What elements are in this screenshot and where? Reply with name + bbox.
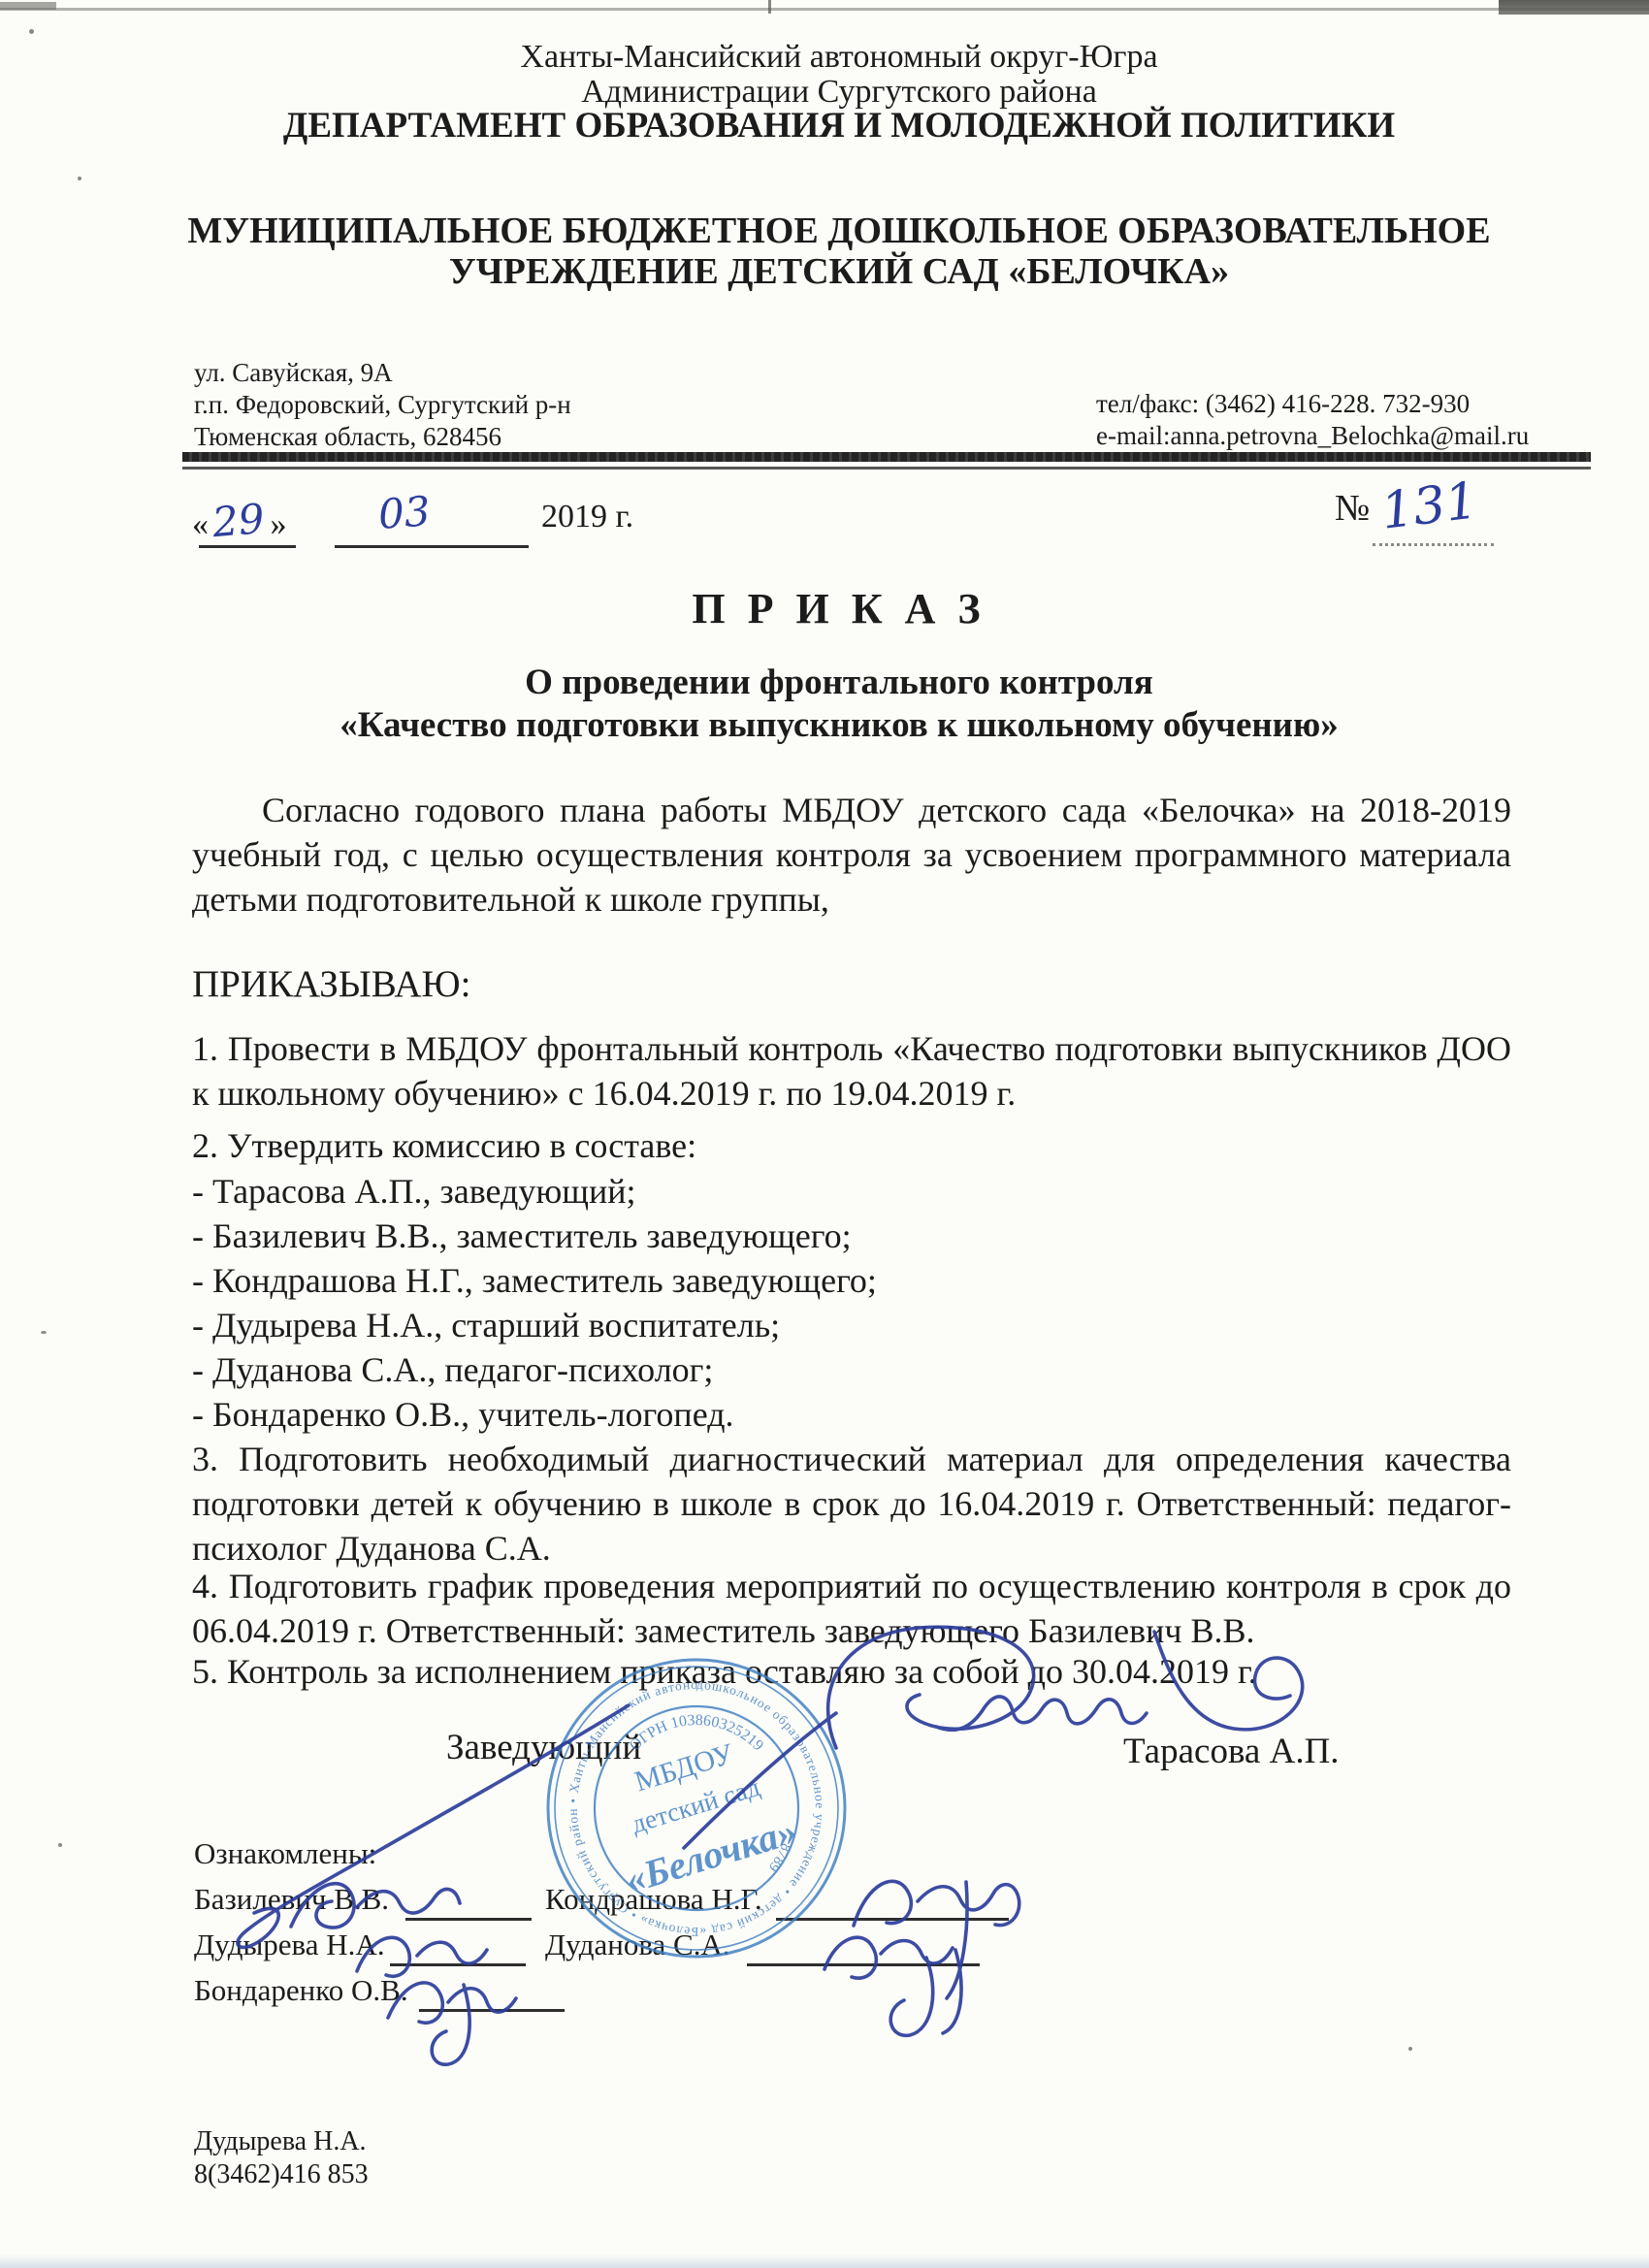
- director-signature: [1154, 1632, 1303, 1730]
- bazilevich-signature: [291, 1884, 460, 1928]
- stamp-ring-text: дошкольное образовательное учреждение • …: [0, 0, 827, 1939]
- stamp-center-text: МБДОУ детский сад «Белочка»: [595, 1727, 801, 1901]
- director-signature: [936, 1697, 1147, 1730]
- dudyreva-signature: [357, 1937, 487, 1976]
- director-signature: [828, 1627, 1034, 1748]
- scanned-order-document: Ханты-Мансийский автономный округ-Югра А…: [0, 0, 1649, 2268]
- stamp: дошкольное образовательное учреждение • …: [0, 0, 845, 1957]
- dudanova-signature: [824, 1937, 961, 2035]
- stamp-and-ink-overlay: дошкольное образовательное учреждение • …: [0, 0, 1649, 2268]
- bondarenko-signature: [388, 1983, 516, 2064]
- kondrashova-signature: [854, 1881, 1019, 1998]
